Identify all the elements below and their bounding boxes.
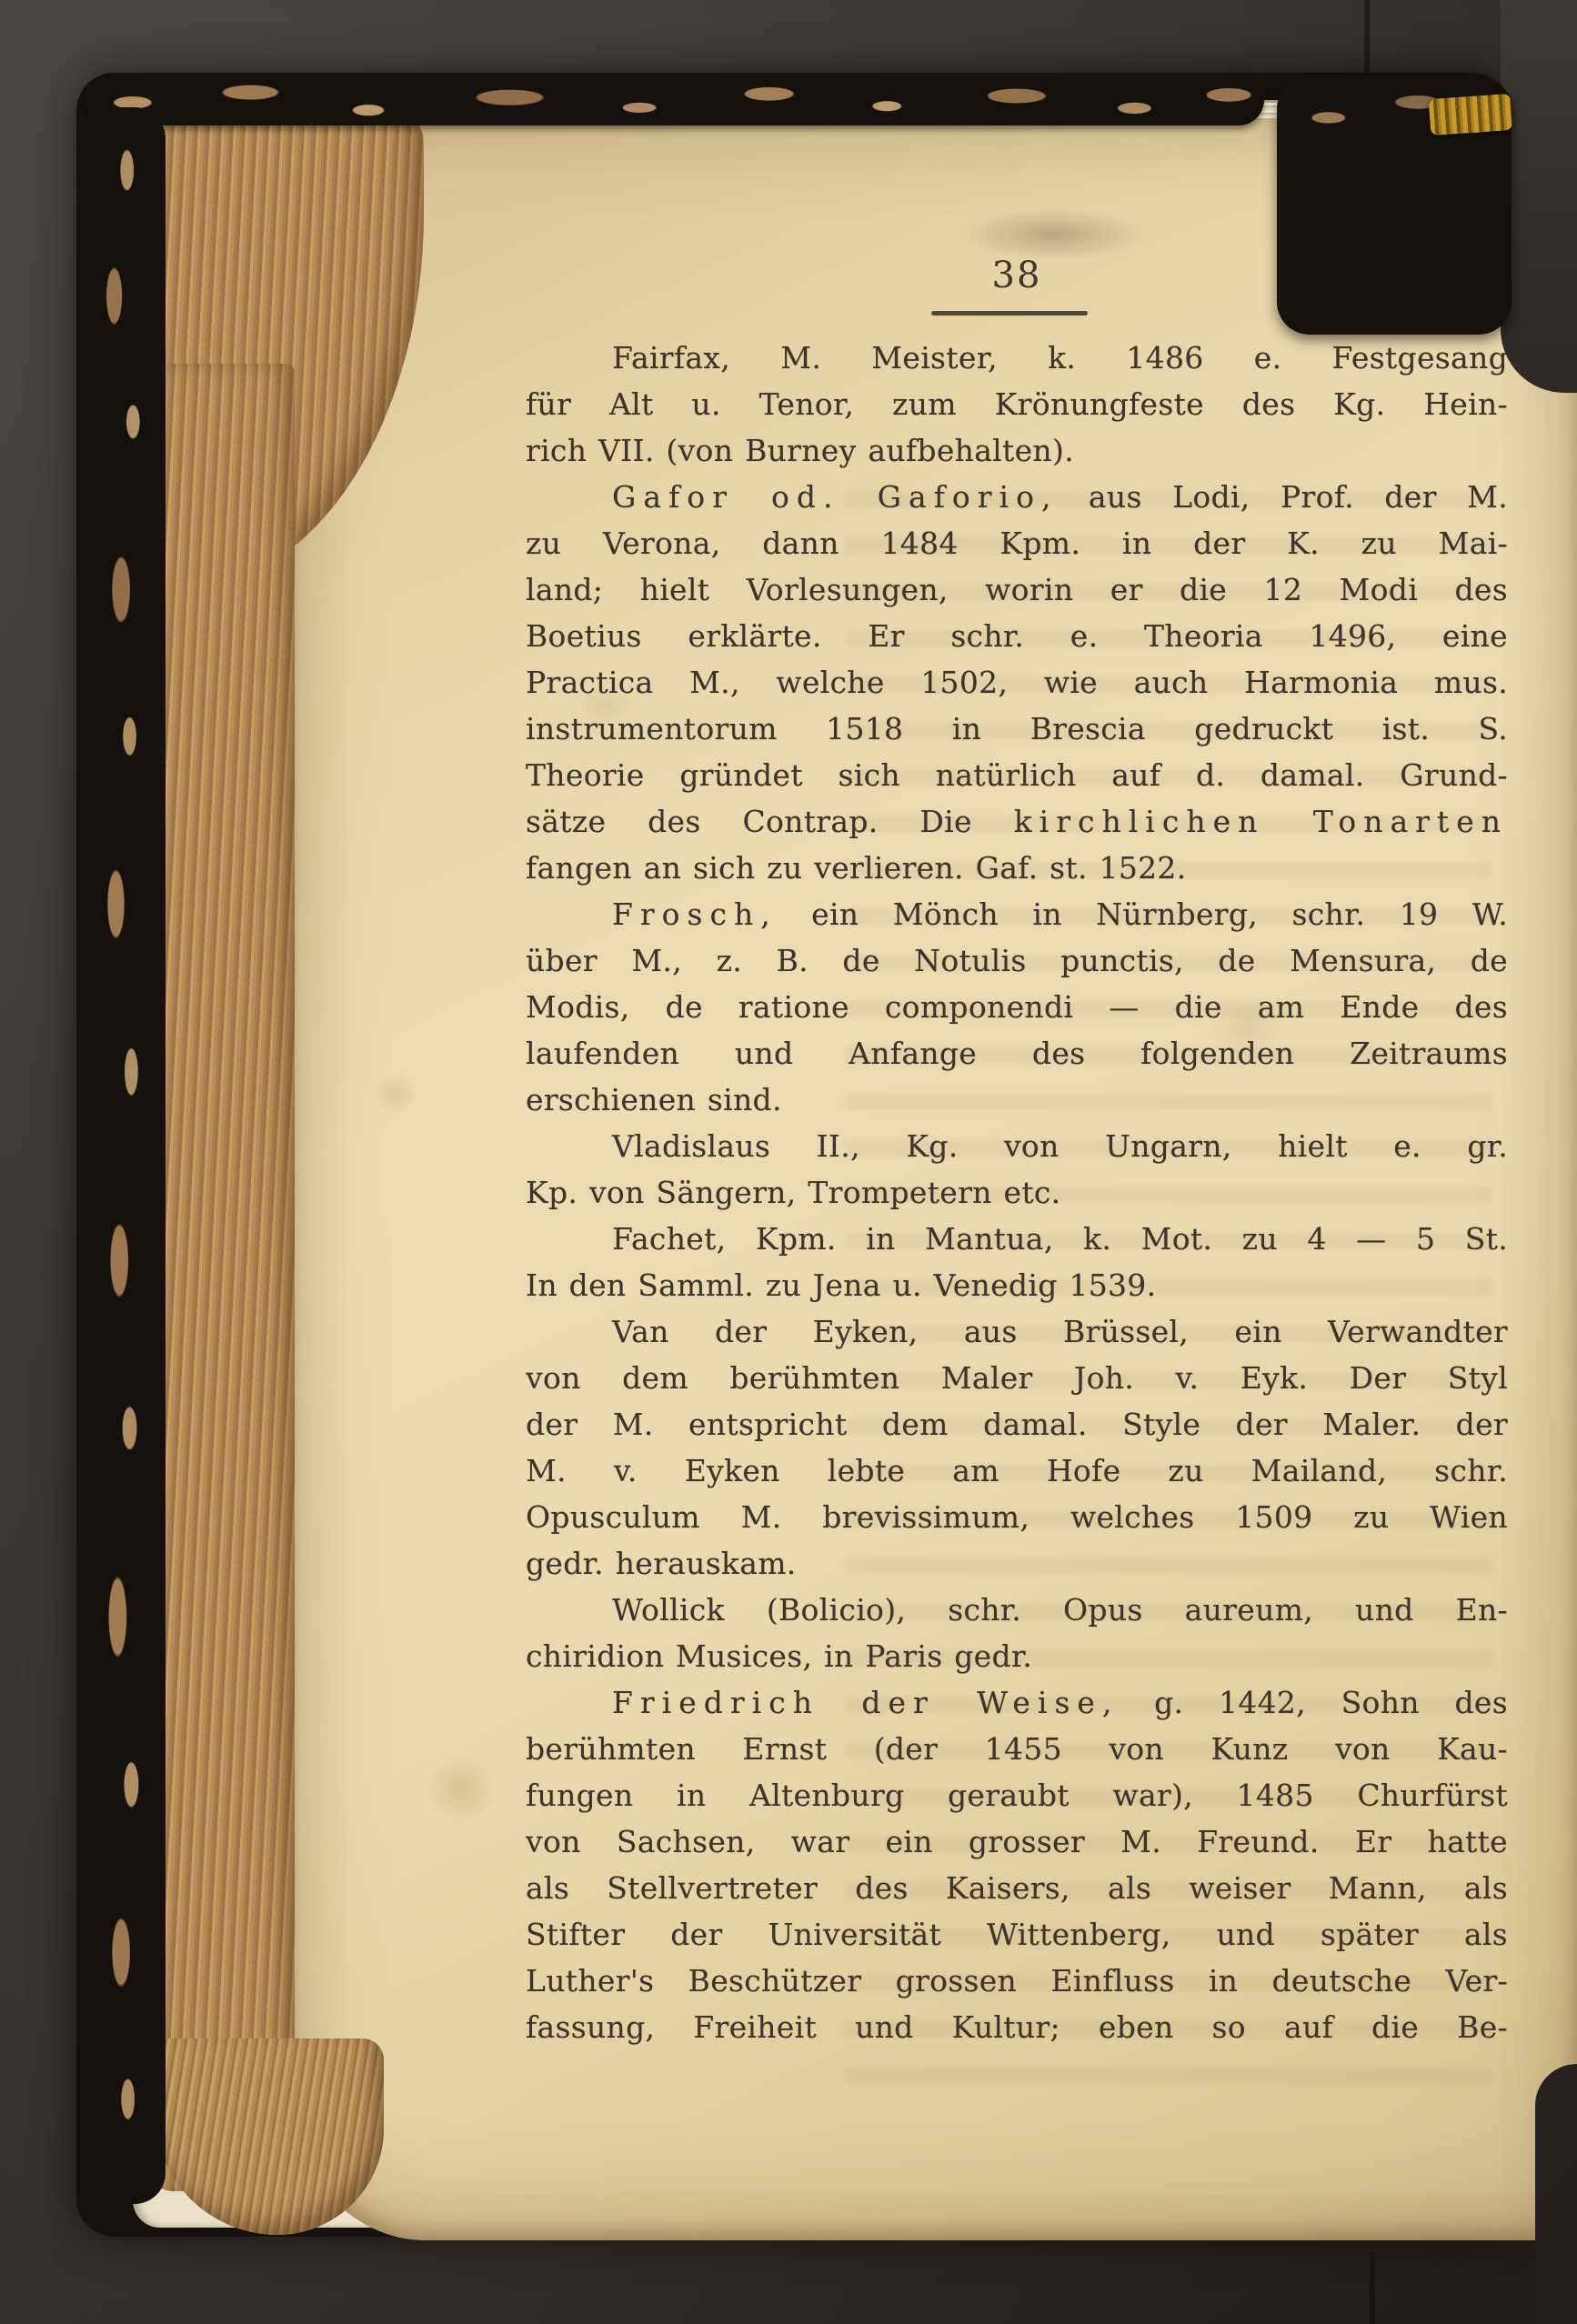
text-segment: fangen an sich zu verlieren. Gaf. st. 15… <box>526 850 1187 886</box>
text-line: berühmten Ernst (der 1455 von Kunz von K… <box>526 1726 1508 1772</box>
text-segment: Practica M., welche 1502, wie auch Harmo… <box>526 665 1508 700</box>
text-segment: rich VII. (von Burney aufbehalten). <box>526 433 1074 468</box>
text-line: Gafor od. Gaforio, aus Lodi, Prof. der M… <box>526 474 1508 520</box>
background-seam <box>1370 2253 1375 2324</box>
text-line: Kp. von Sängern, Trompetern etc. <box>526 1169 1508 1216</box>
text-line: Luther's Beschützer grossen Einfluss in … <box>526 1958 1508 2004</box>
text-line: Theorie gründet sich natürlich auf d. da… <box>526 752 1508 798</box>
text-segment: sätze des Contrap. Die <box>526 804 1014 839</box>
text-line: gedr. herauskam. <box>526 1540 1508 1587</box>
text-line: Boetius erklärte. Er schr. e. Theoria 14… <box>526 613 1508 659</box>
marbled-cover-top-band <box>85 75 1264 125</box>
text-segment: fungen in Altenburg geraubt war), 1485 C… <box>526 1778 1508 1813</box>
text-segment: land; hielt Vorlesungen, worin er die 12… <box>526 572 1508 607</box>
text-line: laufenden und Anfange des folgenden Zeit… <box>526 1030 1508 1077</box>
text-line: der M. entspricht dem damal. Style der M… <box>526 1401 1508 1447</box>
text-segment: Fairfax, M. Meister, k. 1486 e. Festgesa… <box>612 340 1508 376</box>
text-segment: über M., z. B. de Notulis punctis, de Me… <box>526 943 1508 978</box>
text-line: Opusculum M. brevissimum, welches 1509 z… <box>526 1494 1508 1540</box>
text-line: Van der Eyken, aus Brüssel, ein Verwandt… <box>526 1308 1508 1355</box>
text-line: Vladislaus II., Kg. von Ungarn, hielt e.… <box>526 1123 1508 1169</box>
text-segment: gedr. herauskam. <box>526 1546 797 1581</box>
letterspaced-text: Friedrich der Weise, <box>612 1685 1119 1720</box>
text-segment: berühmten Ernst (der 1455 von Kunz von K… <box>526 1731 1508 1767</box>
text-line: von dem berühmten Maler Joh. v. Eyk. Der… <box>526 1355 1508 1401</box>
text-line: sätze des Contrap. Die kirchlichen Tonar… <box>526 798 1508 845</box>
text-segment: von Sachsen, war ein grosser M. Freund. … <box>526 1824 1508 1859</box>
foxing-spot <box>364 1062 427 1126</box>
text-segment: M. v. Eyken lebte am Hofe zu Mailand, sc… <box>526 1453 1508 1488</box>
text-segment: Theorie gründet sich natürlich auf d. da… <box>526 757 1508 793</box>
letterspaced-text: Gafor od. Gaforio, <box>612 479 1058 515</box>
text-segment: Kp. von Sängern, Trompetern etc. <box>526 1175 1060 1210</box>
text-line: fungen in Altenburg geraubt war), 1485 C… <box>526 1772 1508 1818</box>
letterspaced-text: Frosch, <box>612 897 778 932</box>
text-line: erschienen sind. <box>526 1077 1508 1123</box>
background-top-right <box>1501 0 1577 393</box>
gold-headband <box>1429 94 1513 135</box>
text-segment: Fachet, Kpm. in Mantua, k. Mot. zu 4 — 5… <box>612 1221 1508 1257</box>
text-segment: der M. entspricht dem damal. Style der M… <box>526 1407 1508 1442</box>
text-segment: ein Mönch in Nürnberg, schr. 19 W. <box>778 897 1508 932</box>
letterspaced-text: kirchlichen Tonarten <box>1014 804 1508 839</box>
text-line: chiridion Musices, in Paris gedr. <box>526 1633 1508 1679</box>
text-line: als Stellvertreter des Kaisers, als weis… <box>526 1865 1508 1911</box>
text-segment: Van der Eyken, aus Brüssel, ein Verwandt… <box>612 1314 1508 1349</box>
text-segment: In den Samml. zu Jena u. Venedig 1539. <box>526 1267 1156 1303</box>
text-segment: für Alt u. Tenor, zum Krönungfeste des K… <box>526 386 1508 422</box>
text-line: M. v. Eyken lebte am Hofe zu Mailand, sc… <box>526 1447 1508 1494</box>
text-line: In den Samml. zu Jena u. Venedig 1539. <box>526 1262 1508 1308</box>
text-segment: Opusculum M. brevissimum, welches 1509 z… <box>526 1499 1508 1535</box>
text-segment: als Stellvertreter des Kaisers, als weis… <box>526 1870 1508 1906</box>
text-line: Frosch, ein Mönch in Nürnberg, schr. 19 … <box>526 891 1508 937</box>
text-segment: Modis, de ratione componendi — die am En… <box>526 989 1508 1025</box>
text-segment: fassung, Freiheit und Kultur; eben so au… <box>526 2009 1508 2045</box>
page-number-rule <box>931 311 1088 316</box>
text-segment: erschienen sind. <box>526 1082 782 1117</box>
text-segment: Vladislaus II., Kg. von Ungarn, hielt e.… <box>612 1128 1508 1164</box>
text-segment: instrumentorum 1518 in Brescia gedruckt … <box>526 711 1508 746</box>
text-line: Fachet, Kpm. in Mantua, k. Mot. zu 4 — 5… <box>526 1216 1508 1262</box>
text-line: rich VII. (von Burney aufbehalten). <box>526 427 1508 474</box>
page-number: 38 <box>526 255 1508 296</box>
text-segment: Wollick (Bolicio), schr. Opus aureum, un… <box>612 1592 1508 1628</box>
text-line: Stifter der Universität Wittenberg, und … <box>526 1911 1508 1958</box>
text-line: für Alt u. Tenor, zum Krönungfeste des K… <box>526 381 1508 427</box>
text-line: Wollick (Bolicio), schr. Opus aureum, un… <box>526 1587 1508 1633</box>
text-segment: von dem berühmten Maler Joh. v. Eyk. Der… <box>526 1360 1508 1396</box>
text-segment: chiridion Musices, in Paris gedr. <box>526 1638 1032 1674</box>
text-segment: Stifter der Universität Wittenberg, und … <box>526 1917 1508 1952</box>
text-line: Friedrich der Weise, g. 1442, Sohn des <box>526 1679 1508 1726</box>
text-segment: aus Lodi, Prof. der M. <box>1058 479 1508 515</box>
text-line: über M., z. B. de Notulis punctis, de Me… <box>526 937 1508 984</box>
text-line: von Sachsen, war ein grosser M. Freund. … <box>526 1818 1508 1865</box>
text-segment: Boetius erklärte. Er schr. e. Theoria 14… <box>526 618 1508 654</box>
text-line: Practica M., welche 1502, wie auch Harmo… <box>526 659 1508 706</box>
background-crack <box>1364 0 1370 80</box>
text-segment: g. 1442, Sohn des <box>1119 1685 1508 1720</box>
scanned-book-photo: 38 Fairfax, M. Meister, k. 1486 e. Festg… <box>0 0 1577 2324</box>
text-column: Fairfax, M. Meister, k. 1486 e. Festgesa… <box>526 335 1508 2050</box>
text-line: Modis, de ratione componendi — die am En… <box>526 984 1508 1030</box>
text-segment: Luther's Beschützer grossen Einfluss in … <box>526 1963 1508 1998</box>
text-line: instrumentorum 1518 in Brescia gedruckt … <box>526 706 1508 752</box>
text-line: Fairfax, M. Meister, k. 1486 e. Festgesa… <box>526 335 1508 381</box>
fore-edge-left <box>149 364 295 2191</box>
text-line: fangen an sich zu verlieren. Gaf. st. 15… <box>526 845 1508 891</box>
marbled-cover-left-strip <box>80 107 166 2204</box>
foxing-spot <box>411 1738 511 1838</box>
text-segment: zu Verona, dann 1484 Kpm. in der K. zu M… <box>526 526 1508 561</box>
text-line: land; hielt Vorlesungen, worin er die 12… <box>526 566 1508 613</box>
background-bottom-right <box>1535 2064 1577 2324</box>
text-line: fassung, Freiheit und Kultur; eben so au… <box>526 2004 1508 2050</box>
text-segment: laufenden und Anfange des folgenden Zeit… <box>526 1036 1508 1071</box>
text-line: zu Verona, dann 1484 Kpm. in der K. zu M… <box>526 520 1508 566</box>
